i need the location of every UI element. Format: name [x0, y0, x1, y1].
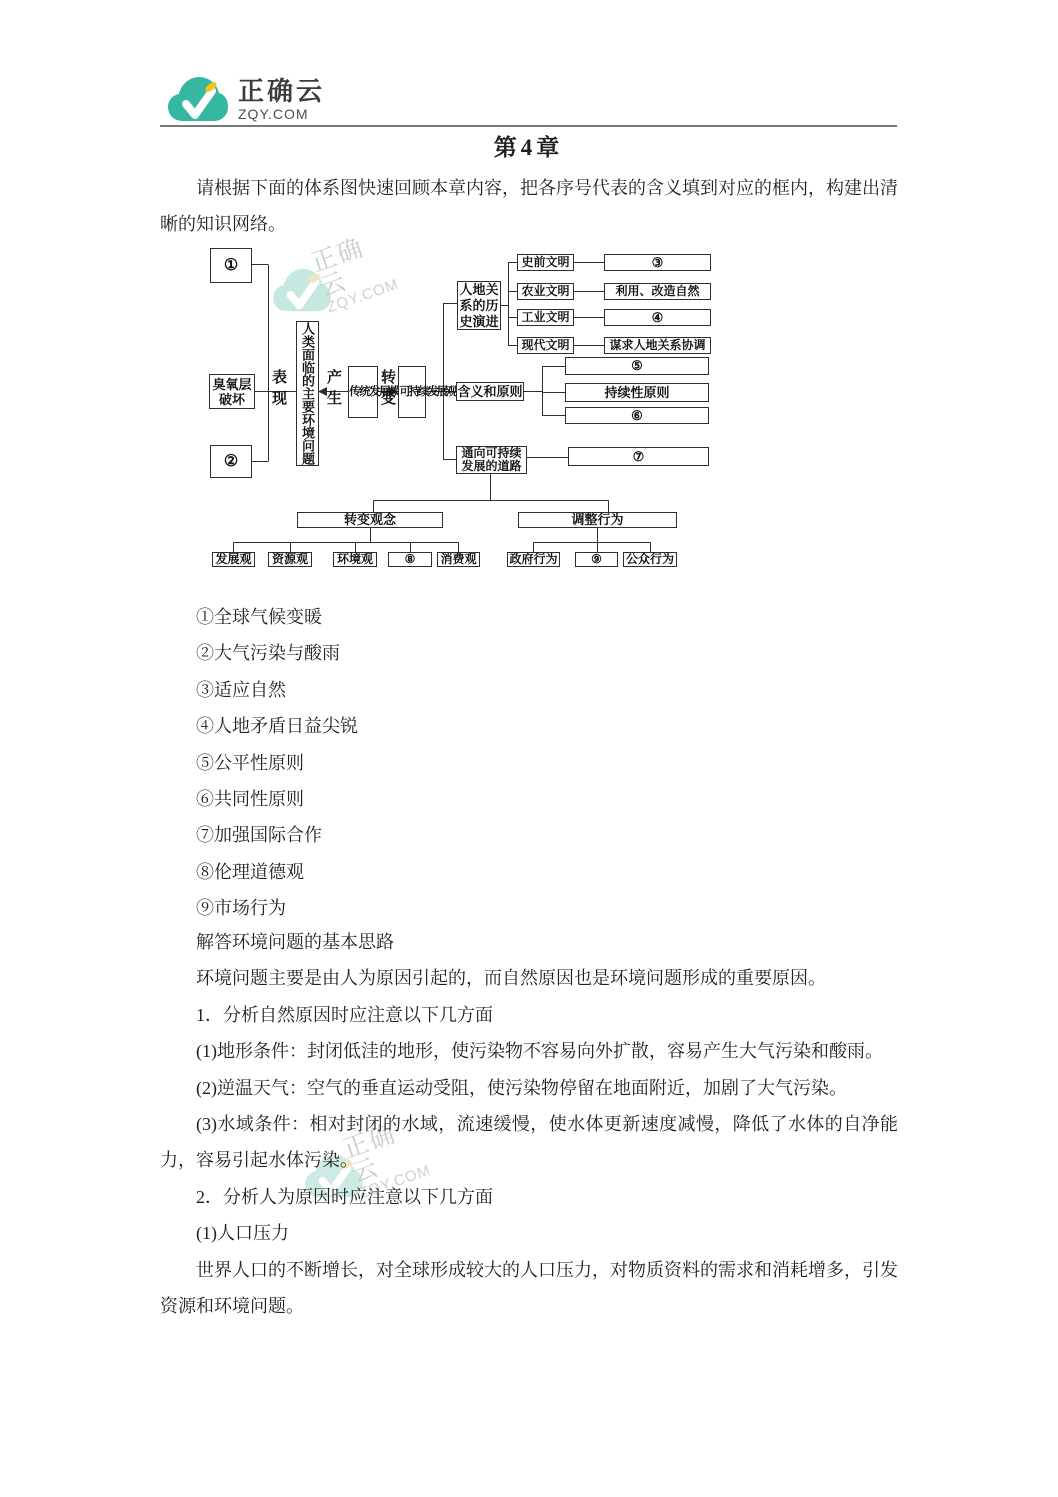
page-title: 第4章: [160, 129, 897, 162]
answer-item: ⑤公平性原则: [160, 745, 898, 781]
label-char: 转: [381, 371, 396, 385]
diagram-box-history-title: 人地关系的历史演进: [457, 281, 501, 330]
diagram-box-principle: ⑥: [565, 407, 709, 424]
label-char: 表: [272, 371, 287, 385]
logo-name: 正确云: [238, 76, 325, 106]
label-char: 现: [272, 392, 287, 406]
diagram-box-stage-value: ④: [604, 309, 711, 326]
logo: 正确云 ZQY.COM: [166, 68, 325, 126]
label-char: 产: [327, 371, 342, 385]
diagram-box-behavior: 公众行为: [623, 552, 677, 567]
answer-item: ②大气污染与酸雨: [160, 635, 898, 671]
diagram-box-main-problem: 人类面临的主要环境问题: [296, 321, 319, 466]
intro-paragraph: 请根据下面的体系图快速回顾本章内容，把各序号代表的含义填到对应的框内，构建出清晰…: [160, 170, 898, 243]
answer-item: ⑦加强国际合作: [160, 817, 898, 853]
diagram-box-stage: 工业文明: [517, 309, 574, 326]
logo-text: 正确云 ZQY.COM: [238, 68, 325, 122]
diagram-box-principle: 持续性原则: [565, 383, 709, 402]
watermark: 正确云 ZQY.COM: [271, 266, 333, 316]
diagram-box-blank-1: ①: [210, 248, 252, 283]
diagram-box-blank-2: ②: [210, 445, 252, 478]
diagram-box-principles-title: 含义和原则: [456, 382, 524, 401]
notes-paragraph: (3)水域条件：相对封闭的水域，流速缓慢，使水体更新速度减慢，降低了水体的自净能…: [160, 1106, 898, 1179]
diagram-box-stage: 现代文明: [517, 337, 574, 354]
answer-item: ⑥共同性原则: [160, 781, 898, 817]
label-char: 变: [381, 392, 396, 406]
diagram-box-stage: 史前文明: [517, 254, 574, 271]
diagram-box-concept: 资源观: [268, 552, 312, 567]
notes-paragraph: (2)逆温天气：空气的垂直运动受阻，使污染物停留在地面附近，加剧了大气污染。: [160, 1070, 898, 1106]
cloud-check-logo-icon: [166, 74, 230, 126]
diagram-box-stage: 农业文明: [517, 283, 574, 300]
diagram-box-stage-value: 谋求人地关系协调: [604, 337, 711, 354]
answer-item: ⑨市场行为: [160, 890, 898, 926]
answer-item: ④人地矛盾日益尖锐: [160, 708, 898, 744]
arrow-left-icon: [318, 387, 327, 396]
diagram-box-behaviors-title: 调整行为: [518, 512, 677, 528]
diagram-box-behavior: ⑨: [575, 552, 618, 567]
notes-paragraph: (1)人口压力: [160, 1215, 898, 1251]
diagram-box-traditional-mode: 传统发展模式: [348, 366, 378, 418]
diagram-box-sustainable-view: 可持续发展观: [398, 366, 426, 418]
intro-block: 请根据下面的体系图快速回顾本章内容，把各序号代表的含义填到对应的框内，构建出清晰…: [160, 170, 898, 243]
answer-item: ③适应自然: [160, 672, 898, 708]
diagram-box-stage-value: 利用、改造自然: [604, 283, 711, 300]
diagram-box-concept: ⑧: [388, 552, 432, 567]
notes-paragraph: 2．分析人为原因时应注意以下几方面: [160, 1179, 898, 1215]
notes-paragraph: 世界人口的不断增长，对全球形成较大的人口压力，对物质资料的需求和消耗增多，引发资…: [160, 1252, 898, 1325]
notes-paragraph: 环境问题主要是由人为原因引起的，而自然原因也是环境问题形成的重要原因。: [160, 960, 898, 996]
diagram-label-transform: 转 变: [381, 371, 396, 406]
diagram-box-concept: 环境观: [333, 552, 377, 567]
logo-domain: ZQY.COM: [238, 106, 325, 122]
notes-paragraph: 1．分析自然原因时应注意以下几方面: [160, 997, 898, 1033]
diagram-box-road-value: ⑦: [568, 447, 709, 466]
notes-paragraph: (1)地形条件：封闭低洼的地形，使污染物不容易向外扩散，容易产生大气污染和酸雨。: [160, 1033, 898, 1069]
diagram-label-produce: 产 生: [327, 371, 342, 406]
diagram-box-concept: 发展观: [212, 552, 255, 567]
notes-section: 解答环境问题的基本思路 环境问题主要是由人为原因引起的，而自然原因也是环境问题形…: [160, 924, 898, 1324]
notes-heading: 解答环境问题的基本思路: [160, 924, 898, 960]
diagram-box-ozone: 臭氧层破坏: [209, 374, 255, 409]
diagram-box-stage-value: ③: [604, 254, 711, 271]
diagram-box-principle: ⑤: [565, 357, 709, 375]
answers-list: ①全球气候变暖 ②大气污染与酸雨 ③适应自然 ④人地矛盾日益尖锐 ⑤公平性原则 …: [160, 599, 898, 927]
diagram-box-concepts-title: 转变观念: [297, 512, 443, 528]
header-divider: [160, 125, 897, 127]
document-page: 正确云 ZQY.COM 第4章 请根据下面的体系图快速回顾本章内容，把各序号代表…: [0, 0, 1058, 1497]
diagram-box-concept: 消费观: [437, 552, 480, 567]
answer-item: ⑧伦理道德观: [160, 854, 898, 890]
label-char: 生: [327, 392, 342, 406]
diagram-box-behavior: 政府行为: [507, 552, 560, 567]
diagram-box-road-title: 通向可持续发展的道路: [456, 446, 527, 474]
answer-item: ①全球气候变暖: [160, 599, 898, 635]
diagram-label-manifest: 表 现: [272, 371, 287, 406]
